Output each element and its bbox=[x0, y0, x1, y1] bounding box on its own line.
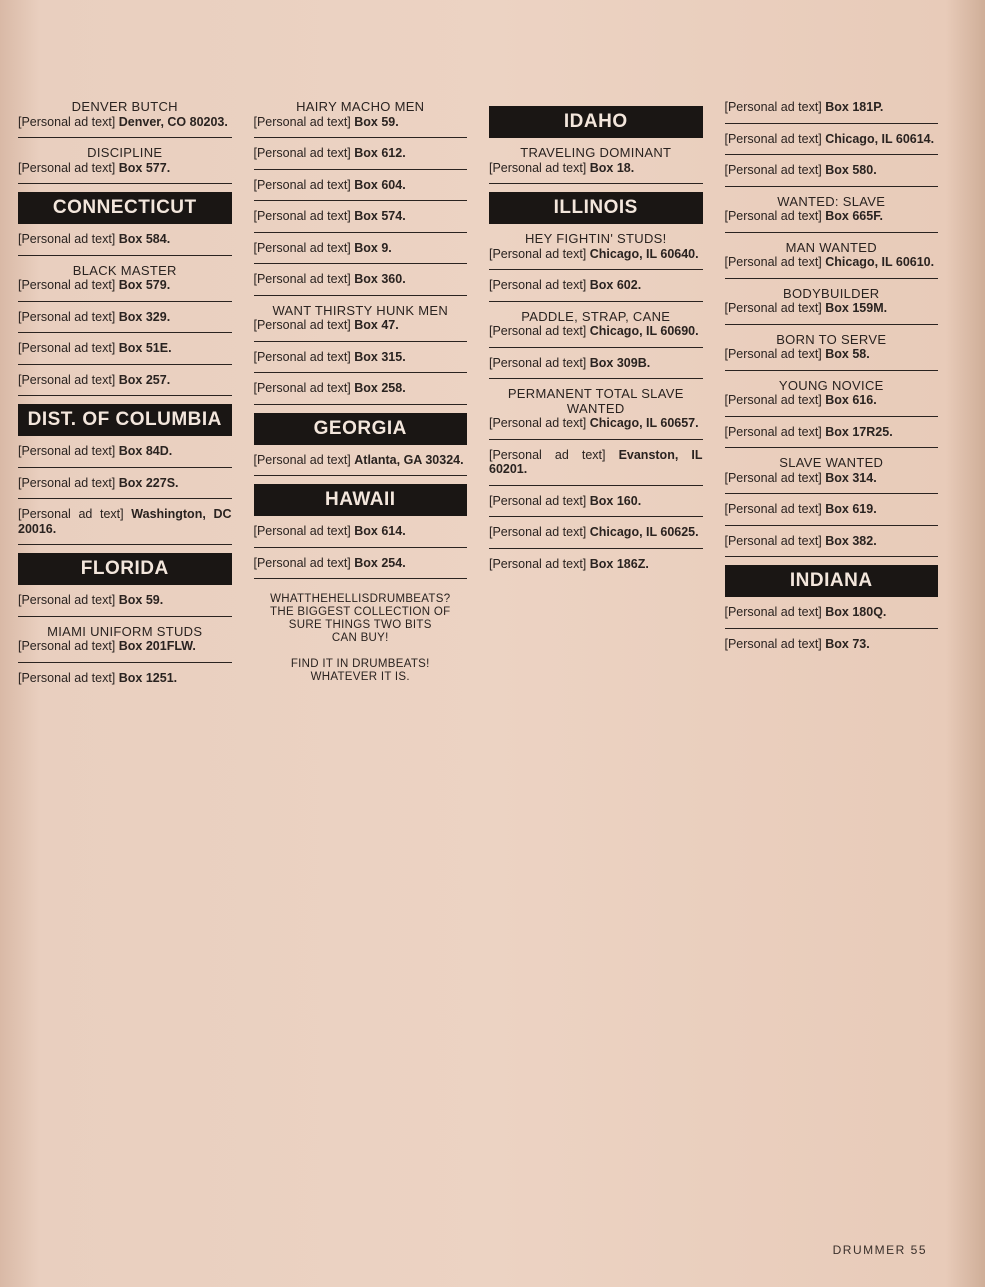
ad-box-number: Box 73. bbox=[825, 637, 869, 651]
ad-body: [Personal ad text] bbox=[489, 448, 605, 462]
ad-heading: TRAVELING DOMINANT bbox=[489, 146, 703, 161]
classified-ad: [Personal ad text] Box 59. bbox=[18, 593, 232, 617]
ad-box-number: Box 574. bbox=[354, 209, 405, 223]
ad-heading: BODYBUILDER bbox=[725, 287, 939, 302]
ad-heading: HEY FIGHTIN' STUDS! bbox=[489, 232, 703, 247]
classified-ad: TRAVELING DOMINANT[Personal ad text] Box… bbox=[489, 146, 703, 184]
promo-line: CAN BUY! bbox=[254, 632, 468, 645]
ad-body: [Personal ad text] bbox=[489, 324, 586, 338]
classified-ad: DENVER BUTCH[Personal ad text] Denver, C… bbox=[18, 100, 232, 138]
ad-heading: DISCIPLINE bbox=[18, 146, 232, 161]
ad-heading: MIAMI UNIFORM STUDS bbox=[18, 625, 232, 640]
state-header: ILLINOIS bbox=[489, 192, 703, 224]
ad-box-number: Box 17R25. bbox=[825, 425, 892, 439]
drumbeats-promo: WHATTHEHELLISDRUMBEATS?THE BIGGEST COLLE… bbox=[254, 593, 468, 684]
classified-ad: [Personal ad text] Box 257. bbox=[18, 373, 232, 397]
classified-ad: [Personal ad text] Box 17R25. bbox=[725, 425, 939, 449]
classified-ad: WANT THIRSTY HUNK MEN[Personal ad text] … bbox=[254, 304, 468, 342]
classified-ad: MIAMI UNIFORM STUDS[Personal ad text] Bo… bbox=[18, 625, 232, 663]
ad-box-number: Box 602. bbox=[590, 278, 641, 292]
ad-body: [Personal ad text] bbox=[254, 115, 351, 129]
classified-ad: [Personal ad text] Box 584. bbox=[18, 232, 232, 256]
ad-box-number: Box 9. bbox=[354, 241, 392, 255]
classified-ad: [Personal ad text] Box 614. bbox=[254, 524, 468, 548]
ad-body: [Personal ad text] bbox=[489, 494, 586, 508]
classified-ad: [Personal ad text] Box 84D. bbox=[18, 444, 232, 468]
ad-body: [Personal ad text] bbox=[254, 350, 351, 364]
publication-name: DRUMMER bbox=[833, 1243, 906, 1257]
ad-box-number: Box 604. bbox=[354, 178, 405, 192]
ad-body: [Personal ad text] bbox=[489, 557, 586, 571]
promo-line bbox=[254, 645, 468, 658]
classified-ad: YOUNG NOVICE[Personal ad text] Box 616. bbox=[725, 379, 939, 417]
classified-ad: [Personal ad text] Chicago, IL 60614. bbox=[725, 132, 939, 156]
ad-box-number: Box 309B. bbox=[590, 356, 650, 370]
ad-body: [Personal ad text] bbox=[254, 241, 351, 255]
ad-heading: BLACK MASTER bbox=[18, 264, 232, 279]
ad-body: [Personal ad text] bbox=[18, 593, 115, 607]
state-header: FLORIDA bbox=[18, 553, 232, 585]
classified-ad: [Personal ad text] Washington, DC 20016. bbox=[18, 507, 232, 545]
ad-body: [Personal ad text] bbox=[254, 524, 351, 538]
state-header: INDIANA bbox=[725, 565, 939, 597]
ad-body: [Personal ad text] bbox=[725, 301, 822, 315]
classified-ad: [Personal ad text] Box 309B. bbox=[489, 356, 703, 380]
ad-body: [Personal ad text] bbox=[725, 347, 822, 361]
ad-box-number: Box 614. bbox=[354, 524, 405, 538]
classified-ad: [Personal ad text] Box 227S. bbox=[18, 476, 232, 500]
ad-body: [Personal ad text] bbox=[489, 161, 586, 175]
ad-box-number: Box 360. bbox=[354, 272, 405, 286]
ad-box-number: Chicago, IL 60690. bbox=[590, 324, 699, 338]
state-header: HAWAII bbox=[254, 484, 468, 516]
classified-ad: SLAVE WANTED[Personal ad text] Box 314. bbox=[725, 456, 939, 494]
promo-line: SURE THINGS TWO BITS bbox=[254, 619, 468, 632]
classified-ad: [Personal ad text] Box 315. bbox=[254, 350, 468, 374]
ad-body: [Personal ad text] bbox=[18, 278, 115, 292]
ad-box-number: Box 382. bbox=[825, 534, 876, 548]
ad-heading: WANT THIRSTY HUNK MEN bbox=[254, 304, 468, 319]
ad-body: [Personal ad text] bbox=[254, 318, 351, 332]
ad-box-number: Box 584. bbox=[119, 232, 170, 246]
ad-heading: MAN WANTED bbox=[725, 241, 939, 256]
ad-box-number: Chicago, IL 60614. bbox=[825, 132, 934, 146]
ad-box-number: Box 47. bbox=[354, 318, 398, 332]
ad-heading: PADDLE, STRAP, CANE bbox=[489, 310, 703, 325]
classified-ad: [Personal ad text] Box 604. bbox=[254, 178, 468, 202]
ad-body: [Personal ad text] bbox=[725, 534, 822, 548]
ad-box-number: Box 257. bbox=[119, 373, 170, 387]
ad-body: [Personal ad text] bbox=[18, 507, 124, 521]
ad-box-number: Box 180Q. bbox=[825, 605, 886, 619]
ad-body: [Personal ad text] bbox=[254, 381, 351, 395]
ad-body: [Personal ad text] bbox=[18, 115, 115, 129]
ad-box-number: Box 160. bbox=[590, 494, 641, 508]
ad-heading: HAIRY MACHO MEN bbox=[254, 100, 468, 115]
classified-ad: [Personal ad text] Box 160. bbox=[489, 494, 703, 518]
ad-body: [Personal ad text] bbox=[254, 556, 351, 570]
ad-body: [Personal ad text] bbox=[254, 209, 351, 223]
page-number: 55 bbox=[911, 1243, 927, 1257]
column-4: [Personal ad text] Box 181P.[Personal ad… bbox=[725, 100, 939, 1250]
ad-body: [Personal ad text] bbox=[18, 444, 115, 458]
ad-body: [Personal ad text] bbox=[725, 502, 822, 516]
state-header: CONNECTICUT bbox=[18, 192, 232, 224]
ad-heading: SLAVE WANTED bbox=[725, 456, 939, 471]
ad-heading: YOUNG NOVICE bbox=[725, 379, 939, 394]
ad-body: [Personal ad text] bbox=[725, 100, 822, 114]
classified-ad: HAIRY MACHO MEN[Personal ad text] Box 59… bbox=[254, 100, 468, 138]
ad-body: [Personal ad text] bbox=[18, 476, 115, 490]
classified-ad: [Personal ad text] Box 619. bbox=[725, 502, 939, 526]
classified-ad: [Personal ad text] Box 1251. bbox=[18, 671, 232, 694]
ad-box-number: Box 159M. bbox=[825, 301, 887, 315]
classified-ad: [Personal ad text] Box 254. bbox=[254, 556, 468, 580]
ad-body: [Personal ad text] bbox=[18, 161, 115, 175]
state-header: GEORGIA bbox=[254, 413, 468, 445]
promo-line: WHATTHEHELLISDRUMBEATS? bbox=[254, 593, 468, 606]
ad-body: [Personal ad text] bbox=[725, 132, 822, 146]
classified-ad: BLACK MASTER[Personal ad text] Box 579. bbox=[18, 264, 232, 302]
ad-box-number: Box 329. bbox=[119, 310, 170, 324]
ad-box-number: Box 577. bbox=[119, 161, 170, 175]
ad-body: [Personal ad text] bbox=[18, 373, 115, 387]
ad-body: [Personal ad text] bbox=[725, 471, 822, 485]
classified-ad: [Personal ad text] Box 360. bbox=[254, 272, 468, 296]
ad-box-number: Box 616. bbox=[825, 393, 876, 407]
ad-box-number: Box 84D. bbox=[119, 444, 173, 458]
ad-box-number: Box 227S. bbox=[119, 476, 179, 490]
ad-box-number: Chicago, IL 60625. bbox=[590, 525, 699, 539]
classified-ad: [Personal ad text] Atlanta, GA 30324. bbox=[254, 453, 468, 477]
column-2: HAIRY MACHO MEN[Personal ad text] Box 59… bbox=[254, 100, 468, 1250]
ad-body: [Personal ad text] bbox=[725, 163, 822, 177]
ad-body: [Personal ad text] bbox=[725, 209, 822, 223]
classified-ad: [Personal ad text] Chicago, IL 60625. bbox=[489, 525, 703, 549]
ad-box-number: Box 579. bbox=[119, 278, 170, 292]
ad-box-number: Box 619. bbox=[825, 502, 876, 516]
classified-ad: [Personal ad text] Box 9. bbox=[254, 241, 468, 265]
column-3: IDAHOTRAVELING DOMINANT[Personal ad text… bbox=[489, 100, 703, 1250]
ad-box-number: Box 258. bbox=[354, 381, 405, 395]
ad-body: [Personal ad text] bbox=[254, 146, 351, 160]
ad-box-number: Atlanta, GA 30324. bbox=[354, 453, 463, 467]
ad-body: [Personal ad text] bbox=[18, 671, 115, 685]
ad-box-number: Box 612. bbox=[354, 146, 405, 160]
ad-body: [Personal ad text] bbox=[254, 178, 351, 192]
ad-box-number: Box 51E. bbox=[119, 341, 172, 355]
ad-body: [Personal ad text] bbox=[489, 416, 586, 430]
classified-ad: BORN TO SERVE[Personal ad text] Box 58. bbox=[725, 333, 939, 371]
page-folio: DRUMMER 55 bbox=[833, 1243, 927, 1257]
ad-body: [Personal ad text] bbox=[725, 605, 822, 619]
ad-heading: WANTED: SLAVE bbox=[725, 195, 939, 210]
ad-box-number: Box 315. bbox=[354, 350, 405, 364]
ad-body: [Personal ad text] bbox=[489, 356, 586, 370]
ad-box-number: Box 59. bbox=[354, 115, 398, 129]
ad-box-number: Denver, CO 80203. bbox=[119, 115, 228, 129]
promo-line: THE BIGGEST COLLECTION OF bbox=[254, 606, 468, 619]
ad-body: [Personal ad text] bbox=[254, 272, 351, 286]
classified-ad: [Personal ad text] Box 574. bbox=[254, 209, 468, 233]
ad-heading: DENVER BUTCH bbox=[18, 100, 232, 115]
promo-line: WHATEVER IT IS. bbox=[254, 671, 468, 684]
ad-box-number: Box 665F. bbox=[825, 209, 883, 223]
ad-box-number: Box 58. bbox=[825, 347, 869, 361]
ad-body: [Personal ad text] bbox=[725, 255, 822, 269]
classified-ad: [Personal ad text] Box 329. bbox=[18, 310, 232, 334]
classified-ad: PERMANENT TOTAL SLAVE WANTED[Personal ad… bbox=[489, 387, 703, 440]
promo-line: FIND IT IN DRUMBEATS! bbox=[254, 658, 468, 671]
ad-box-number: Box 254. bbox=[354, 556, 405, 570]
state-header: DIST. OF COLUMBIA bbox=[18, 404, 232, 436]
classified-ad: [Personal ad text] Box 51E. bbox=[18, 341, 232, 365]
classified-ad: [Personal ad text] Box 180Q. bbox=[725, 605, 939, 629]
ad-body: [Personal ad text] bbox=[18, 310, 115, 324]
ad-box-number: Chicago, IL 60610. bbox=[825, 255, 934, 269]
state-header: IDAHO bbox=[489, 106, 703, 138]
classified-ad: [Personal ad text] Box 181P. bbox=[725, 100, 939, 124]
ad-heading: BORN TO SERVE bbox=[725, 333, 939, 348]
ad-body: [Personal ad text] bbox=[18, 341, 115, 355]
ad-box-number: Box 59. bbox=[119, 593, 163, 607]
classified-ad: [Personal ad text] Box 73. bbox=[725, 637, 939, 660]
ad-body: [Personal ad text] bbox=[489, 247, 586, 261]
ad-columns: DENVER BUTCH[Personal ad text] Denver, C… bbox=[18, 100, 938, 1250]
ad-body: [Personal ad text] bbox=[18, 639, 115, 653]
classified-ad: WANTED: SLAVE[Personal ad text] Box 665F… bbox=[725, 195, 939, 233]
ad-box-number: Box 18. bbox=[590, 161, 634, 175]
ad-box-number: Box 580. bbox=[825, 163, 876, 177]
classified-ad: [Personal ad text] Box 580. bbox=[725, 163, 939, 187]
ad-body: [Personal ad text] bbox=[18, 232, 115, 246]
classified-ad: HEY FIGHTIN' STUDS![Personal ad text] Ch… bbox=[489, 232, 703, 270]
ad-heading: PERMANENT TOTAL SLAVE WANTED bbox=[489, 387, 703, 416]
ad-body: [Personal ad text] bbox=[254, 453, 351, 467]
classified-ad: [Personal ad text] Box 602. bbox=[489, 278, 703, 302]
ad-body: [Personal ad text] bbox=[489, 278, 586, 292]
classified-ad: MAN WANTED[Personal ad text] Chicago, IL… bbox=[725, 241, 939, 279]
column-1: DENVER BUTCH[Personal ad text] Denver, C… bbox=[18, 100, 232, 1250]
classified-ad: [Personal ad text] Box 258. bbox=[254, 381, 468, 405]
ad-body: [Personal ad text] bbox=[725, 425, 822, 439]
classified-ad: BODYBUILDER[Personal ad text] Box 159M. bbox=[725, 287, 939, 325]
ad-box-number: Box 314. bbox=[825, 471, 876, 485]
classified-ad: [Personal ad text] Box 612. bbox=[254, 146, 468, 170]
ad-body: [Personal ad text] bbox=[725, 393, 822, 407]
ad-box-number: Box 1251. bbox=[119, 671, 177, 685]
ad-box-number: Chicago, IL 60640. bbox=[590, 247, 699, 261]
ad-body: [Personal ad text] bbox=[489, 525, 586, 539]
ad-box-number: Chicago, IL 60657. bbox=[590, 416, 699, 430]
ad-box-number: Box 181P. bbox=[825, 100, 883, 114]
classified-ad: [Personal ad text] Evanston, IL 60201. bbox=[489, 448, 703, 486]
ad-body: [Personal ad text] bbox=[725, 637, 822, 651]
ad-box-number: Box 186Z. bbox=[590, 557, 649, 571]
ad-box-number: Box 201FLW. bbox=[119, 639, 196, 653]
classified-ad: [Personal ad text] Box 382. bbox=[725, 534, 939, 558]
classified-ad: PADDLE, STRAP, CANE[Personal ad text] Ch… bbox=[489, 310, 703, 348]
classified-ad: [Personal ad text] Box 186Z. bbox=[489, 557, 703, 580]
classified-ad: DISCIPLINE[Personal ad text] Box 577. bbox=[18, 146, 232, 184]
magazine-page: DENVER BUTCH[Personal ad text] Denver, C… bbox=[0, 0, 985, 1287]
